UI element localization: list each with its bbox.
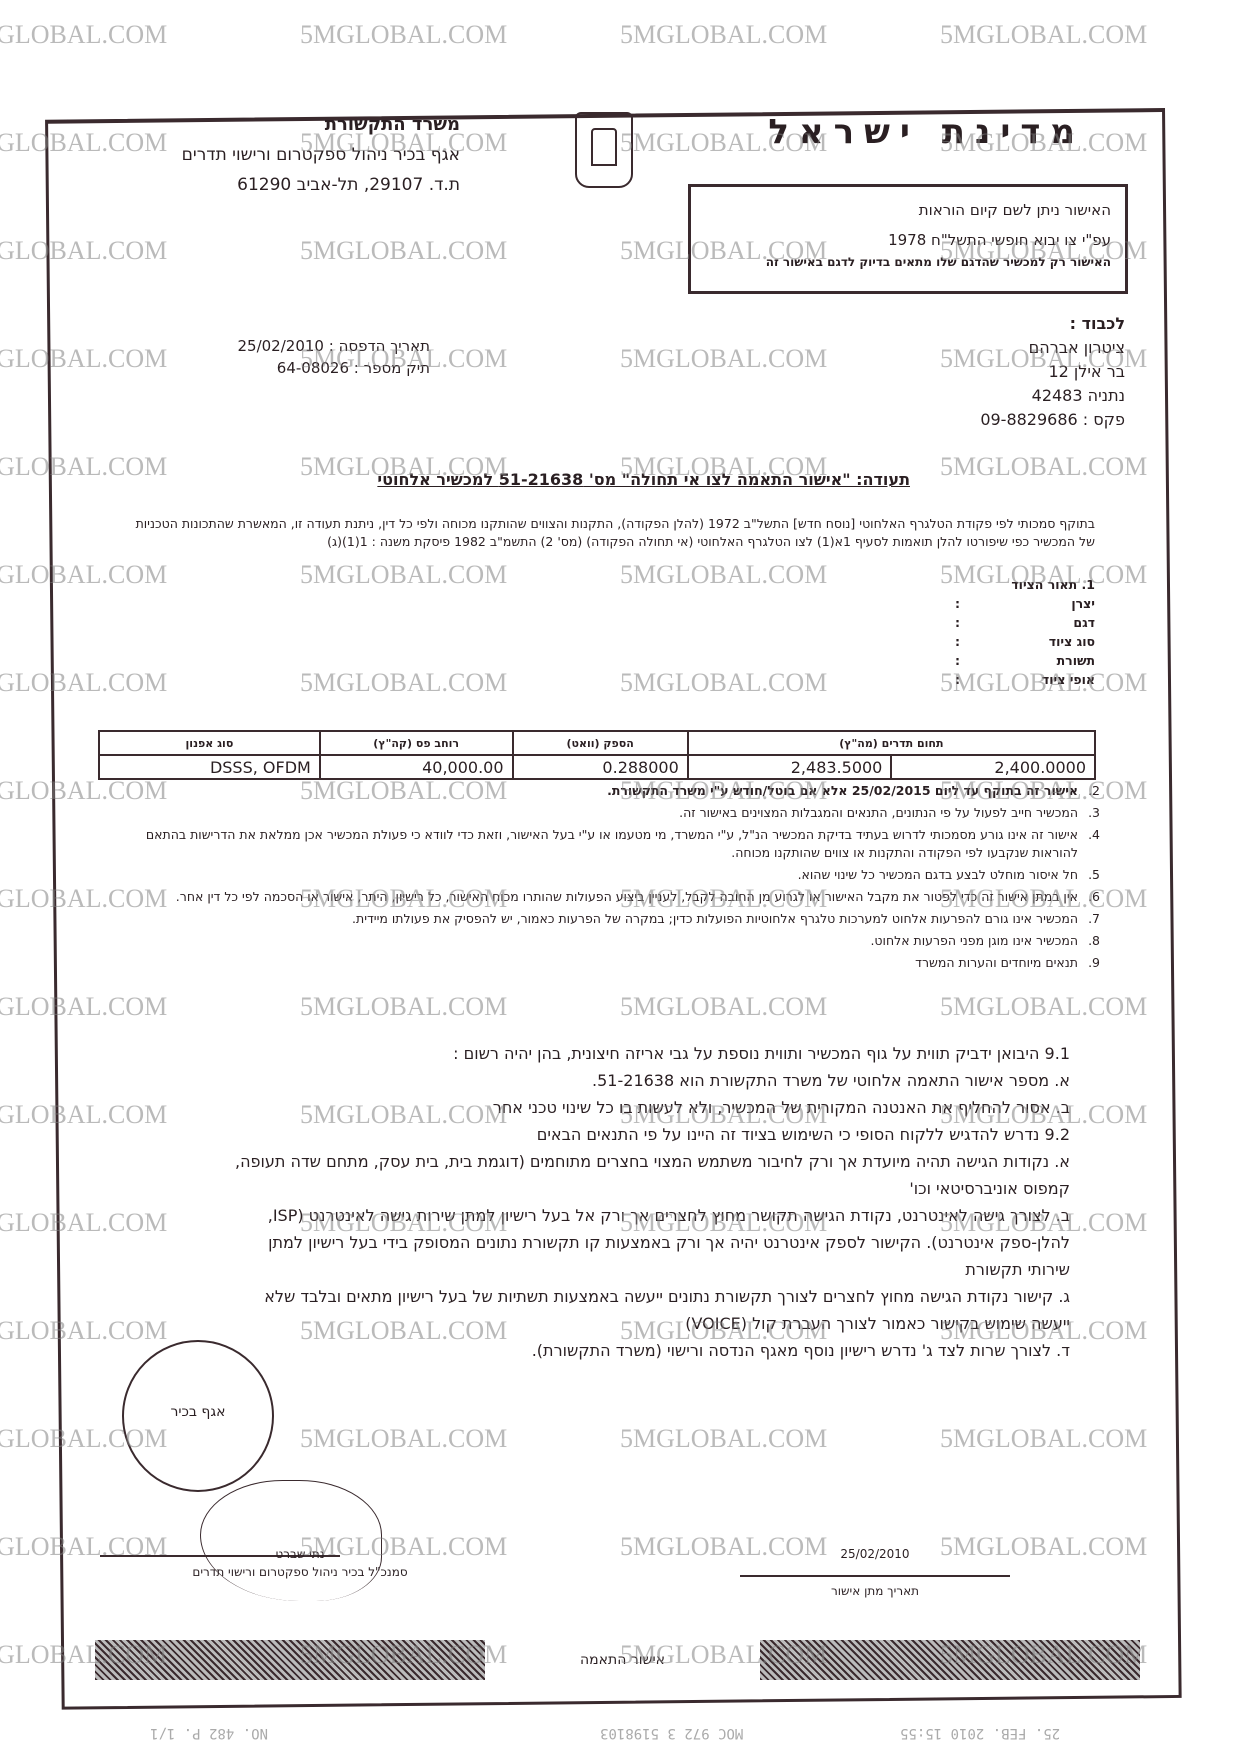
watermark-text: 5MGLOBAL.COM: [300, 344, 507, 374]
watermark-text: 5MGLOBAL.COM: [620, 668, 827, 698]
watermark-text: 5MGLOBAL.COM: [620, 560, 827, 590]
watermark-text: 5MGLOBAL.COM: [300, 236, 507, 266]
watermark-text: 5MGLOBAL.COM: [620, 776, 827, 806]
watermark-text: 5MGLOBAL.COM: [300, 128, 507, 158]
fax-page: NO. 482 P. 1/1: [150, 1725, 268, 1741]
condition-line: 9.1 היבואן ידביק תווית על גוף המכשיר ותו…: [235, 1040, 1070, 1067]
clause: 9.תנאים מיוחדים והערות המשרד: [120, 954, 1100, 972]
watermark-text: 5MGLOBAL.COM: [0, 992, 167, 1022]
watermark-text: 5MGLOBAL.COM: [300, 452, 507, 482]
watermark-text: 5MGLOBAL.COM: [300, 560, 507, 590]
watermark-text: 5MGLOBAL.COM: [620, 236, 827, 266]
device-field: יצרן:: [955, 594, 1095, 613]
intro-paragraph: בתוקף סמכותי לפי פקודת הטלגרף האלחוטי [נ…: [120, 515, 1095, 551]
watermark-text: 5MGLOBAL.COM: [940, 1316, 1147, 1346]
clause: 8.המכשיר אינו מוגן מפני הפרעות אלחוט.: [120, 932, 1100, 950]
recipient-fax: פקס : 09-8829686: [865, 408, 1125, 432]
watermark-text: 5MGLOBAL.COM: [300, 1532, 507, 1562]
watermark-text: 5MGLOBAL.COM: [940, 560, 1147, 590]
watermark-text: 5MGLOBAL.COM: [940, 236, 1147, 266]
watermark-text: 5MGLOBAL.COM: [0, 20, 167, 50]
watermark-text: 5MGLOBAL.COM: [0, 1316, 167, 1346]
clause: 5.חל איסור מוחלט לבצע בדגם המכשיר כל שינ…: [120, 866, 1100, 884]
clause: 3.המכשיר חייב לפעול על פי הנתונים, התנאי…: [120, 804, 1100, 822]
watermark-text: 5MGLOBAL.COM: [940, 1532, 1147, 1562]
watermark-text: 5MGLOBAL.COM: [940, 1100, 1147, 1130]
watermark-text: 5MGLOBAL.COM: [0, 668, 167, 698]
watermark-text: 5MGLOBAL.COM: [300, 776, 507, 806]
ministry-address: ת.ד. 29107, תל-אביב 61290: [90, 170, 460, 200]
recipient-label: לכבוד :: [865, 312, 1125, 336]
approval-line: [740, 1575, 1010, 1577]
watermark-text: 5MGLOBAL.COM: [940, 884, 1147, 914]
technical-specs-table: סוג אפנון רוחב פס (קה"ץ) הספק (וואט) תחו…: [98, 730, 1096, 780]
watermark-text: 5MGLOBAL.COM: [620, 1424, 827, 1454]
table-header-row: סוג אפנון רוחב פס (קה"ץ) הספק (וואט) תחו…: [99, 731, 1095, 755]
clauses-list: 2.אישור זה בתוקף עד ליום 25/02/2015 אלא …: [120, 782, 1100, 976]
header-power: הספק (וואט): [513, 731, 688, 755]
watermark-text: 5MGLOBAL.COM: [300, 1640, 507, 1670]
approval-label: תאריך מתן אישור: [740, 1582, 1010, 1600]
watermark-text: 5MGLOBAL.COM: [620, 1208, 827, 1238]
watermark-text: 5MGLOBAL.COM: [0, 1532, 167, 1562]
watermark-text: 5MGLOBAL.COM: [940, 1640, 1147, 1670]
header-frequency-range: תחום תדרים (מה"ץ): [688, 731, 1095, 755]
signer-title: סמנכ"ל בכיר ניהול ספקטרום ורישוי תדרים: [150, 1563, 450, 1581]
stamp-inner-text: אגף בכיר: [124, 1404, 272, 1420]
notice-line: האישור ניתן לשם קיום הוראות: [705, 195, 1111, 225]
clause: 4.אישור זה אינו גורע מסמכותי לדרוש בעתיד…: [120, 826, 1100, 862]
watermark-text: 5MGLOBAL.COM: [620, 344, 827, 374]
watermark-text: 5MGLOBAL.COM: [940, 128, 1147, 158]
watermark-text: 5MGLOBAL.COM: [0, 1640, 167, 1670]
recipient-city: נתניה 42483: [865, 384, 1125, 408]
watermark-text: 5MGLOBAL.COM: [620, 1640, 827, 1670]
fax-number: MOC 972 3 5198103: [600, 1725, 743, 1741]
condition-line: א. נקודות הגישה תהיה מיועדת אך ורק לחיבו…: [235, 1148, 1070, 1202]
watermark-text: 5MGLOBAL.COM: [300, 1208, 507, 1238]
device-field: דגם:: [955, 613, 1095, 632]
watermark-text: 5MGLOBAL.COM: [300, 20, 507, 50]
watermark-text: 5MGLOBAL.COM: [300, 1424, 507, 1454]
watermark-text: 5MGLOBAL.COM: [300, 992, 507, 1022]
watermark-text: 5MGLOBAL.COM: [0, 452, 167, 482]
watermark-text: 5MGLOBAL.COM: [940, 20, 1147, 50]
watermark-text: 5MGLOBAL.COM: [620, 992, 827, 1022]
device-field: סוג ציוד:: [955, 632, 1095, 651]
watermark-text: 5MGLOBAL.COM: [0, 1424, 167, 1454]
watermark-text: 5MGLOBAL.COM: [940, 1208, 1147, 1238]
watermark-text: 5MGLOBAL.COM: [940, 668, 1147, 698]
watermark-text: 5MGLOBAL.COM: [620, 20, 827, 50]
watermark-text: 5MGLOBAL.COM: [0, 128, 167, 158]
watermark-text: 5MGLOBAL.COM: [940, 344, 1147, 374]
watermark-text: 5MGLOBAL.COM: [0, 1208, 167, 1238]
watermark-text: 5MGLOBAL.COM: [0, 560, 167, 590]
header-bandwidth: רוחב פס (קה"ץ): [320, 731, 513, 755]
fax-timestamp: 25. FEB. 2010 15:55: [900, 1725, 1060, 1741]
watermark-text: 5MGLOBAL.COM: [620, 884, 827, 914]
watermark-text: 5MGLOBAL.COM: [0, 1100, 167, 1130]
watermark-text: 5MGLOBAL.COM: [620, 1532, 827, 1562]
watermark-text: 5MGLOBAL.COM: [620, 1100, 827, 1130]
watermark-text: 5MGLOBAL.COM: [940, 1424, 1147, 1454]
watermark-text: 5MGLOBAL.COM: [300, 668, 507, 698]
watermark-text: 5MGLOBAL.COM: [300, 884, 507, 914]
header-modulation: סוג אפנון: [99, 731, 320, 755]
watermark-text: 5MGLOBAL.COM: [940, 992, 1147, 1022]
watermark-text: 5MGLOBAL.COM: [620, 128, 827, 158]
watermark-text: 5MGLOBAL.COM: [0, 776, 167, 806]
condition-line: א. מספר אישור התאמה אלחוטי של משרד התקשו…: [235, 1067, 1070, 1094]
watermark-text: 5MGLOBAL.COM: [0, 236, 167, 266]
watermark-text: 5MGLOBAL.COM: [620, 452, 827, 482]
watermark-text: 5MGLOBAL.COM: [300, 1100, 507, 1130]
watermark-text: 5MGLOBAL.COM: [0, 344, 167, 374]
watermark-text: 5MGLOBAL.COM: [620, 1316, 827, 1346]
watermark-text: 5MGLOBAL.COM: [940, 776, 1147, 806]
watermark-text: 5MGLOBAL.COM: [940, 452, 1147, 482]
watermark-text: 5MGLOBAL.COM: [0, 884, 167, 914]
official-stamp: אגף בכיר: [122, 1340, 274, 1492]
watermark-text: 5MGLOBAL.COM: [300, 1316, 507, 1346]
